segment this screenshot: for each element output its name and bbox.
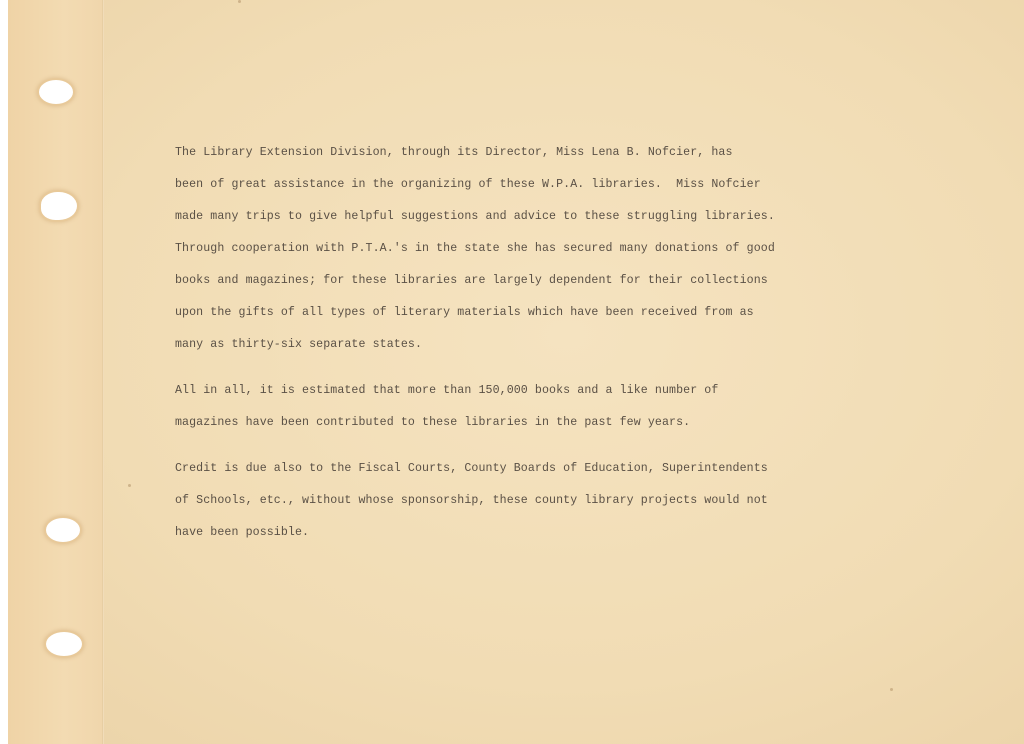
scanned-page: The Library Extension Division, through … [8, 0, 1024, 744]
text-line: made many trips to give helpful suggesti… [175, 204, 875, 236]
text-line: have been possible. [175, 520, 875, 552]
text-line: Credit is due also to the Fiscal Courts,… [175, 456, 875, 488]
paragraph-contributions: All in all, it is estimated that more th… [175, 378, 875, 442]
text-line: The Library Extension Division, through … [175, 140, 875, 172]
fold-line [102, 0, 104, 744]
text-line: books and magazines; for these libraries… [175, 268, 875, 300]
punch-hole [46, 518, 80, 542]
text-line: Through cooperation with P.T.A.'s in the… [175, 236, 875, 268]
punch-hole [41, 192, 77, 220]
paper-speck [238, 0, 241, 3]
paper-speck [128, 484, 131, 487]
text-line: All in all, it is estimated that more th… [175, 378, 875, 410]
punch-hole [46, 632, 82, 656]
paragraph-library-extension: The Library Extension Division, through … [175, 140, 875, 364]
typewritten-text: The Library Extension Division, through … [175, 140, 875, 566]
paragraph-credit: Credit is due also to the Fiscal Courts,… [175, 456, 875, 552]
text-line: been of great assistance in the organizi… [175, 172, 875, 204]
text-line: upon the gifts of all types of literary … [175, 300, 875, 332]
punch-hole [39, 80, 73, 104]
text-line: of Schools, etc., without whose sponsors… [175, 488, 875, 520]
paper-speck [890, 688, 893, 691]
text-line: many as thirty-six separate states. [175, 332, 875, 364]
text-line: magazines have been contributed to these… [175, 410, 875, 442]
